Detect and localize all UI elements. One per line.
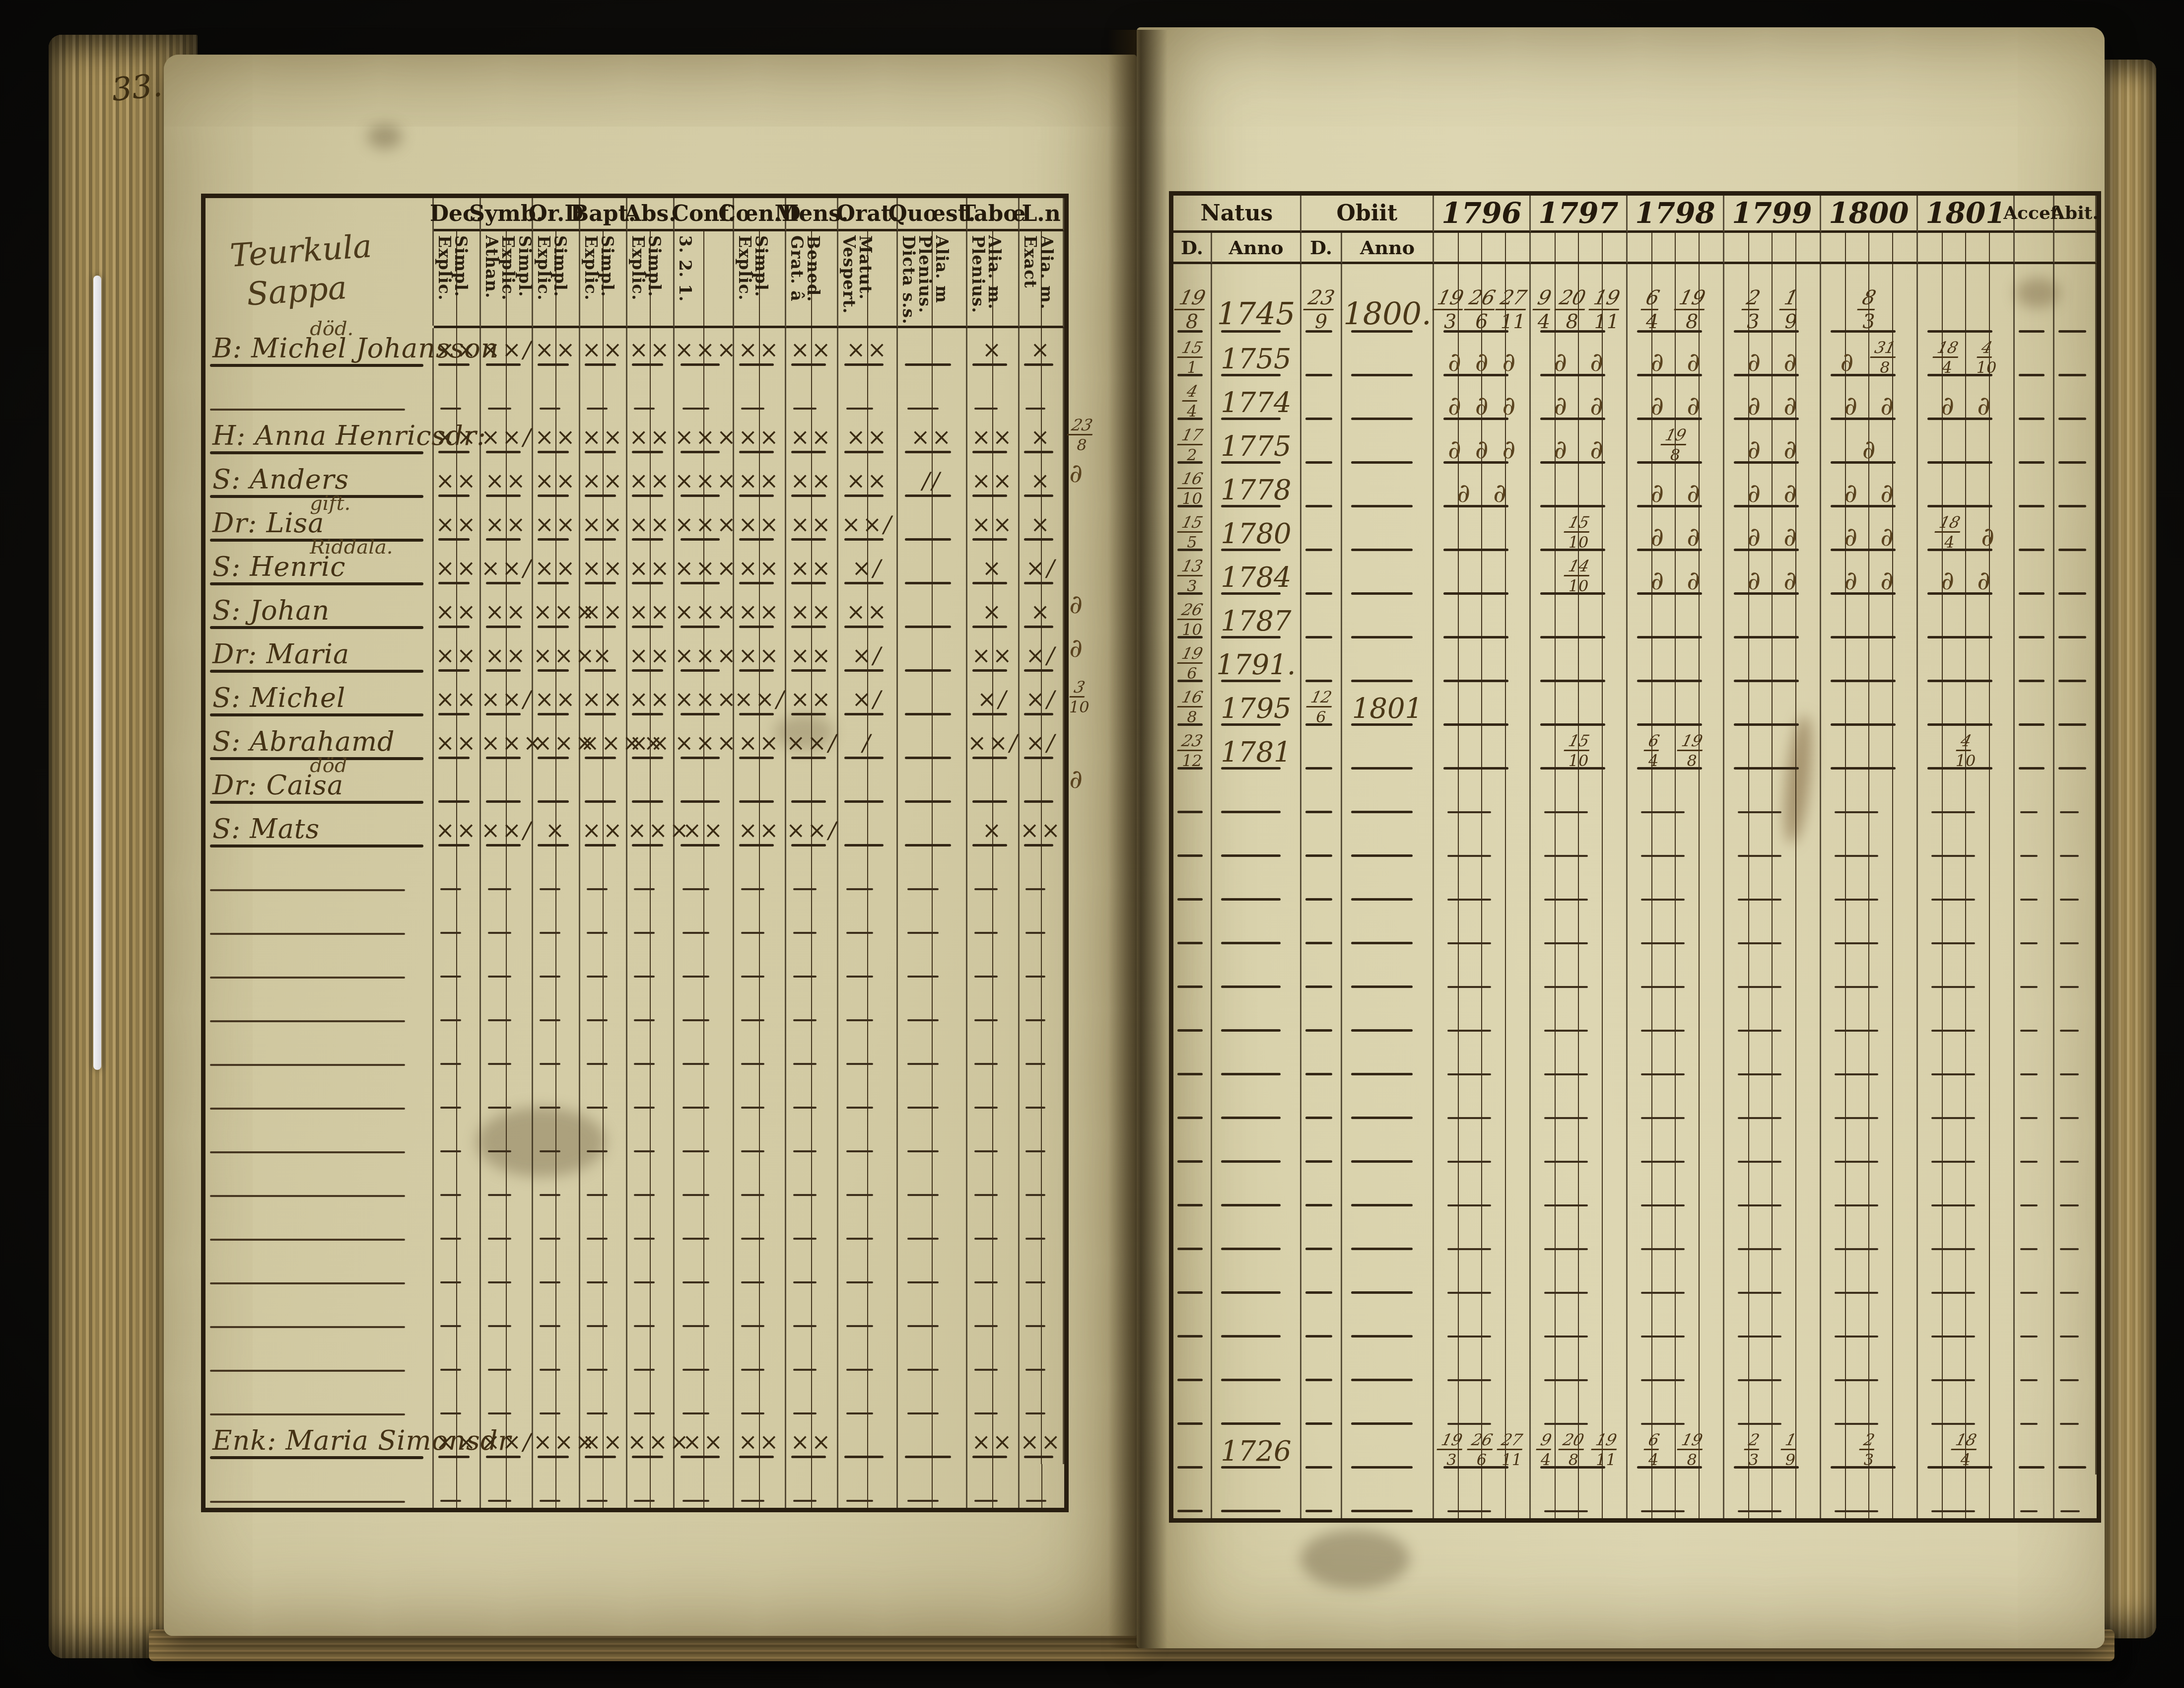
- cross-marks: ××: [967, 642, 1018, 669]
- mark-cell: [734, 372, 786, 416]
- communion-mark: ∂: [1840, 350, 1853, 375]
- mark-cell: ×: [580, 634, 627, 678]
- natus-year-cell: [1212, 1081, 1301, 1125]
- cross-marks: ×: [967, 555, 1018, 581]
- mark-cell: [627, 1202, 675, 1246]
- cross-marks: ××: [627, 642, 673, 669]
- mark-cell: [580, 1333, 627, 1377]
- mark-cell: [675, 1246, 734, 1289]
- abit-cell: [2054, 1038, 2097, 1081]
- communion-mark: ∂: [1650, 524, 1664, 550]
- communion-mark: ∂: [1783, 350, 1797, 375]
- cross-marks: ××: [734, 467, 785, 494]
- year-cell: ∂∂: [1821, 513, 1918, 557]
- mark-cell: [627, 1027, 675, 1071]
- obiit-day-cell: 239: [1301, 264, 1342, 339]
- cross-marks: ××: [838, 467, 896, 494]
- date-fraction: 172: [1179, 427, 1205, 463]
- mark-cell: ×××: [533, 1420, 580, 1464]
- person-name-cell: S: Johan: [205, 590, 434, 634]
- year-cell: [1628, 1387, 1724, 1431]
- mark-cell: ×∕: [838, 678, 898, 721]
- abit-cell: [2054, 426, 2097, 470]
- acces-cell: [2015, 1081, 2054, 1125]
- date-fraction: 184: [1953, 1432, 1979, 1468]
- mark-cell: [1020, 1027, 1064, 1071]
- obiit-day-cell: [1301, 1431, 1342, 1475]
- year-cell: ∂∂: [1531, 339, 1628, 382]
- mark-cell: ××∕: [481, 809, 533, 852]
- mark-cell: ××: [627, 678, 675, 721]
- mark-cell: ××: [627, 416, 675, 459]
- mark-cell: [786, 1158, 838, 1202]
- year-subcolumns: [1724, 233, 1821, 264]
- natus-year-cell: [1212, 863, 1301, 907]
- date-fraction: 155: [1179, 514, 1205, 550]
- year-cell: [1434, 1256, 1531, 1300]
- natus-day-cell: [1173, 863, 1212, 907]
- mark-cell: ××: [434, 416, 481, 459]
- obiit-year-cell: 1801: [1342, 688, 1434, 732]
- mark-cell: [898, 547, 967, 590]
- acces-cell: [2015, 819, 2054, 863]
- mark-cell: ××: [734, 328, 786, 372]
- cross-marks: ××∕: [481, 1428, 532, 1455]
- mark-cell: [838, 1071, 898, 1115]
- mark-cell: [734, 1202, 786, 1246]
- mark-cell: ×××: [627, 809, 675, 852]
- date-fraction: 208: [1557, 288, 1587, 332]
- date-fraction: 193: [1435, 288, 1465, 332]
- obiit-year-cell: [1342, 1431, 1434, 1475]
- natus-day-cell: 2610: [1173, 601, 1212, 644]
- cross-marks: ××: [786, 686, 837, 712]
- cross-marks: ××: [627, 555, 673, 581]
- year-cell: [1918, 950, 2015, 994]
- mark-cell: [838, 852, 898, 896]
- communion-mark: ∂: [1493, 481, 1506, 506]
- mark-cell: [675, 1333, 734, 1377]
- cross-marks: ××: [580, 686, 626, 712]
- natus-year-cell: 1787: [1212, 601, 1301, 644]
- mark-cell: [481, 1115, 533, 1158]
- mark-cell: [434, 765, 481, 809]
- mark-cell: ××: [580, 328, 627, 372]
- mark-cell: ××: [533, 328, 580, 372]
- mark-cell: ××: [898, 416, 967, 459]
- mark-cell: ×××: [627, 1420, 675, 1464]
- mark-cell: ××: [734, 547, 786, 590]
- acces-cell: [2015, 557, 2054, 601]
- obiit-year-cell: [1342, 1475, 1434, 1518]
- date-fraction: 64: [1643, 288, 1661, 332]
- cross-marks: ×××: [627, 817, 673, 844]
- birth-year: 1784: [1221, 562, 1292, 594]
- mark-cell: ××: [734, 809, 786, 852]
- year-cell: ∂∂: [1628, 470, 1724, 513]
- natus-day-cell: 168: [1173, 688, 1212, 732]
- natus-year-cell: 1755: [1212, 339, 1301, 382]
- year-cell: [1821, 1125, 1918, 1169]
- header-year-1796: 1796: [1434, 196, 1531, 233]
- mark-cell: ××: [434, 1420, 481, 1464]
- date-fraction: 184: [1935, 340, 1960, 375]
- natus-day-cell: 151: [1173, 339, 1212, 382]
- communion-mark: ∂: [1590, 437, 1603, 463]
- person-name: S: Mats: [212, 813, 320, 844]
- abit-cell: [2054, 644, 2097, 688]
- cross-marks: ××: [838, 336, 896, 363]
- year-subcolumns: [1531, 233, 1628, 264]
- natus-year-cell: 1774: [1212, 382, 1301, 426]
- mark-cell: [434, 1464, 481, 1508]
- natus-year-cell: 1778: [1212, 470, 1301, 513]
- year-cell: [1724, 1212, 1821, 1256]
- column-subheader: Vespert. Matut.: [838, 231, 898, 328]
- obiit-year-cell: [1342, 1300, 1434, 1343]
- mark-cell: [898, 1246, 967, 1289]
- abit-cell: [2054, 1300, 2097, 1343]
- person-name-cell: [205, 852, 434, 896]
- acces-cell: [2015, 1475, 2054, 1518]
- cross-marks: ××: [838, 423, 896, 450]
- mark-cell: [627, 1289, 675, 1333]
- acces-cell: [2015, 601, 2054, 644]
- year-cell: [1628, 688, 1724, 732]
- subheader-d: D.: [1173, 233, 1212, 264]
- mark-cell: [481, 1202, 533, 1246]
- cross-marks: ××: [434, 686, 479, 712]
- natus-year-cell: [1212, 1343, 1301, 1387]
- mark-cell: [734, 765, 786, 809]
- obiit-year-cell: [1342, 1256, 1434, 1300]
- year-cell: [1821, 819, 1918, 863]
- year-cell: [1434, 557, 1531, 601]
- mark-cell: [434, 372, 481, 416]
- year-cell: [1531, 994, 1628, 1038]
- year-cell: [1628, 1343, 1724, 1387]
- mark-cell: [838, 1246, 898, 1289]
- mark-cell: ××: [434, 809, 481, 852]
- person-name-cell: [205, 984, 434, 1027]
- mark-cell: [967, 1333, 1020, 1377]
- natus-year-cell: [1212, 1475, 1301, 1518]
- mark-cell: [786, 1202, 838, 1246]
- year-cell: ∂: [1821, 426, 1918, 470]
- communion-mark: ∂: [1747, 393, 1761, 419]
- mark-cell: [1020, 984, 1064, 1027]
- mark-cell: [580, 1464, 627, 1508]
- mark-cell: [675, 1071, 734, 1115]
- obiit-day-cell: [1301, 1343, 1342, 1387]
- year-cell: [1434, 1169, 1531, 1212]
- mark-cell: [1020, 1377, 1064, 1420]
- column-label-qust: Quœst.: [898, 198, 967, 231]
- obiit-day-cell: [1301, 1212, 1342, 1256]
- cross-marks: ××∕: [786, 817, 837, 844]
- obiit-day-cell: [1301, 950, 1342, 994]
- year-cell: [1918, 1038, 2015, 1081]
- mark-cell: ×××: [675, 416, 734, 459]
- year-cell: [1821, 994, 1918, 1038]
- mark-cell: [898, 590, 967, 634]
- natus-year-cell: [1212, 1212, 1301, 1256]
- mark-cell: [786, 1115, 838, 1158]
- mark-cell: [434, 1115, 481, 1158]
- cross-marks: ××: [627, 511, 673, 538]
- communion-mark: ∂: [1783, 393, 1797, 419]
- date-fraction: 168: [1179, 689, 1205, 725]
- date-fraction: 2711: [1499, 1432, 1524, 1468]
- year-subcolumns: [1918, 233, 2015, 264]
- natus-day-cell: [1173, 1300, 1212, 1343]
- cross-marks: ∕: [838, 729, 896, 756]
- mark-cell: [580, 1246, 627, 1289]
- cross-marks: ×: [967, 336, 1018, 363]
- mark-cell: ×: [1020, 590, 1064, 634]
- date-fraction: 410: [1956, 733, 1976, 769]
- header-acces: Acceſ.: [2015, 196, 2054, 233]
- communion-mark: ∂: [1457, 481, 1470, 506]
- mark-cell: ××: [967, 459, 1020, 503]
- mark-cell: [627, 1333, 675, 1377]
- mark-cell: [734, 1158, 786, 1202]
- cross-marks: ××××: [580, 729, 626, 756]
- acces-cell: [2015, 264, 2054, 339]
- year-cell: [1821, 1081, 1918, 1125]
- mark-cell: [533, 940, 580, 984]
- date-fraction: 94: [1535, 288, 1553, 332]
- natus-year-cell: 1791.: [1212, 644, 1301, 688]
- year-cell: [1434, 644, 1531, 688]
- communion-mark: ∂: [1747, 524, 1761, 550]
- annotation: gift.: [310, 492, 350, 515]
- year-cell: [1724, 644, 1821, 688]
- photo-of-open-register-book: 33. Teurkula Sappa Dec.Symb.Or.DBapt.Abs…: [0, 0, 2184, 1688]
- mark-cell: [533, 984, 580, 1027]
- mark-cell: [967, 984, 1020, 1027]
- mark-cell: ×××: [675, 678, 734, 721]
- annotation: död.: [310, 317, 353, 340]
- column-subheader: Grat. â Bened.: [786, 231, 838, 328]
- cross-marks: ×: [967, 817, 1018, 844]
- year-cell: [1531, 1343, 1628, 1387]
- obiit-year-cell: [1342, 863, 1434, 907]
- cross-marks: ××∕: [838, 511, 896, 538]
- year-cell: [1821, 1387, 1918, 1431]
- mark-cell: [580, 1158, 627, 1202]
- mark-cell: ××: [786, 1420, 838, 1464]
- mark-cell: [1020, 1246, 1064, 1289]
- birth-year: 1795: [1221, 693, 1292, 725]
- communion-mark: ∂: [1844, 524, 1857, 550]
- mark-cell: [580, 984, 627, 1027]
- mark-cell: ××: [786, 634, 838, 678]
- natus-day-cell: [1173, 994, 1212, 1038]
- date-fraction: 44: [1184, 383, 1199, 419]
- header-year-1797: 1797: [1531, 196, 1628, 233]
- mark-cell: ××: [481, 634, 533, 678]
- mark-cell: [481, 984, 533, 1027]
- person-name: S: Anders: [212, 464, 349, 495]
- name-column-header: [205, 198, 434, 326]
- year-cell: [1531, 601, 1628, 644]
- year-cell: 2319: [1724, 1431, 1821, 1475]
- mark-cell: ××: [838, 590, 898, 634]
- mark-cell: [1020, 896, 1064, 940]
- year-cell: [1628, 601, 1724, 644]
- year-cell: [1918, 907, 2015, 950]
- mark-cell: [786, 1333, 838, 1377]
- communion-mark: ∂: [1783, 481, 1797, 506]
- natus-day-cell: 155: [1173, 513, 1212, 557]
- obiit-year-cell: [1342, 644, 1434, 688]
- date-fraction: 64: [1646, 1432, 1661, 1468]
- column-label-abs: Abs.: [627, 198, 675, 231]
- year-cell: [1531, 1475, 1628, 1518]
- person-name-cell: S: HenricRiddala.: [205, 547, 434, 590]
- obiit-year-cell: [1342, 994, 1434, 1038]
- date-fraction: 83: [1860, 288, 1877, 332]
- acces-cell: [2015, 775, 2054, 819]
- cross-marks: ×××: [675, 555, 733, 581]
- mark-cell: [898, 1202, 967, 1246]
- obiit-year-cell: [1342, 1081, 1434, 1125]
- cross-marks: ××: [898, 423, 966, 450]
- birth-year: 1791.: [1216, 649, 1296, 681]
- year-cell: [1821, 907, 1918, 950]
- cross-marks: ××: [734, 729, 785, 756]
- acces-cell: [2015, 426, 2054, 470]
- obiit-day-cell: [1301, 426, 1342, 470]
- communion-mark: ∂: [1687, 568, 1700, 594]
- acces-cell: [2015, 513, 2054, 557]
- year-cell: [1821, 688, 1918, 732]
- mark-cell: [786, 940, 838, 984]
- person-name: Dr: Lisa: [212, 507, 325, 539]
- cross-marks: ×: [1020, 423, 1063, 450]
- subheader-blank: [2054, 233, 2097, 264]
- date-fraction: 94: [1538, 1432, 1553, 1468]
- date-fraction: 193: [1439, 1432, 1464, 1468]
- mark-cell: [481, 940, 533, 984]
- cross-marks: ××: [533, 467, 579, 494]
- cross-marks: ×∕: [1020, 555, 1063, 581]
- cross-marks: ××∕: [481, 817, 532, 844]
- mark-cell: [675, 940, 734, 984]
- cross-marks: ×××: [533, 1428, 579, 1455]
- cross-marks: ××: [786, 423, 837, 450]
- year-cell: ∂∂: [1434, 470, 1531, 513]
- year-cell: [1434, 1125, 1531, 1169]
- mark-cell: ××: [1020, 1420, 1064, 1464]
- mark-cell: ××: [786, 459, 838, 503]
- date-fraction: 1911: [1591, 288, 1622, 332]
- communion-mark: ∂: [1448, 350, 1461, 375]
- left-examination-table: Dec.Symb.Or.DBapt.Abs.Conf.Cœn.DMens.Ora…: [201, 194, 1069, 1512]
- cross-marks: ××: [580, 336, 626, 363]
- column-label-tab: Tabœ: [967, 198, 1020, 231]
- year-cell: ∂∂∂: [1434, 426, 1531, 470]
- cross-marks: ××: [481, 467, 532, 494]
- natus-year-cell: [1212, 950, 1301, 994]
- year-cell: [1918, 470, 2015, 513]
- communion-mark: ∂: [1747, 350, 1761, 375]
- mark-cell: [434, 1377, 481, 1420]
- mark-cell: [533, 1464, 580, 1508]
- natus-day-cell: 133: [1173, 557, 1212, 601]
- mark-cell: [627, 940, 675, 984]
- natus-year-cell: [1212, 994, 1301, 1038]
- cross-marks: ××: [967, 511, 1018, 538]
- year-cell: 2319: [1724, 264, 1821, 339]
- mark-cell: [734, 1377, 786, 1420]
- natus-year-cell: 1780: [1212, 513, 1301, 557]
- mark-cell: ××: [434, 634, 481, 678]
- cross-marks: ×: [580, 642, 626, 669]
- mark-cell: [434, 1333, 481, 1377]
- communion-mark: ∂: [1747, 568, 1761, 594]
- acces-cell: [2015, 1431, 2054, 1475]
- cross-marks: ××∕: [481, 686, 532, 712]
- cross-marks: ×∕: [967, 686, 1018, 712]
- person-name-cell: Dr: Maria: [205, 634, 434, 678]
- mark-cell: ××: [675, 809, 734, 852]
- cross-marks: ×∕: [838, 686, 896, 712]
- natus-year-cell: [1212, 1256, 1301, 1300]
- year-cell: ∂∂: [1724, 557, 1821, 601]
- mark-cell: ×: [1020, 503, 1064, 547]
- obiit-year-cell: [1342, 1125, 1434, 1169]
- year-cell: 1510: [1531, 513, 1628, 557]
- cross-marks: ××∕: [967, 729, 1018, 756]
- communion-mark: ∂: [1880, 568, 1894, 594]
- mark-cell: ×: [967, 590, 1020, 634]
- mark-cell: ×: [533, 809, 580, 852]
- natus-year-cell: 1726: [1212, 1431, 1301, 1475]
- mark-cell: [675, 1377, 734, 1420]
- year-cell: [1531, 1125, 1628, 1169]
- mark-cell: ××: [627, 459, 675, 503]
- mark-cell: [627, 1071, 675, 1115]
- abit-cell: [2054, 1169, 2097, 1212]
- mark-cell: ××: [533, 678, 580, 721]
- year-cell: [1724, 1343, 1821, 1387]
- mark-cell: [838, 1333, 898, 1377]
- mark-cell: [434, 1027, 481, 1071]
- abit-cell: [2054, 557, 2097, 601]
- mark-cell: ××: [627, 328, 675, 372]
- cross-marks: ××: [675, 817, 733, 844]
- mark-cell: ××: [786, 678, 838, 721]
- mark-cell: [1020, 940, 1064, 984]
- mark-cell: ××: [838, 416, 898, 459]
- mark-cell: ××: [734, 721, 786, 765]
- natus-day-cell: [1173, 1081, 1212, 1125]
- date-fraction: 196: [1179, 645, 1205, 681]
- cross-marks: ××∕: [481, 555, 532, 581]
- year-cell: [1628, 644, 1724, 688]
- cross-marks: ××: [580, 467, 626, 494]
- cross-marks: ××: [786, 598, 837, 625]
- mark-cell: [838, 1377, 898, 1420]
- year-cell: [1724, 994, 1821, 1038]
- year-cell: [1821, 1038, 1918, 1081]
- mark-cell: [580, 1027, 627, 1071]
- natus-day-cell: [1173, 1431, 1212, 1475]
- mark-cell: [481, 1071, 533, 1115]
- communion-mark: ∂: [1747, 481, 1761, 506]
